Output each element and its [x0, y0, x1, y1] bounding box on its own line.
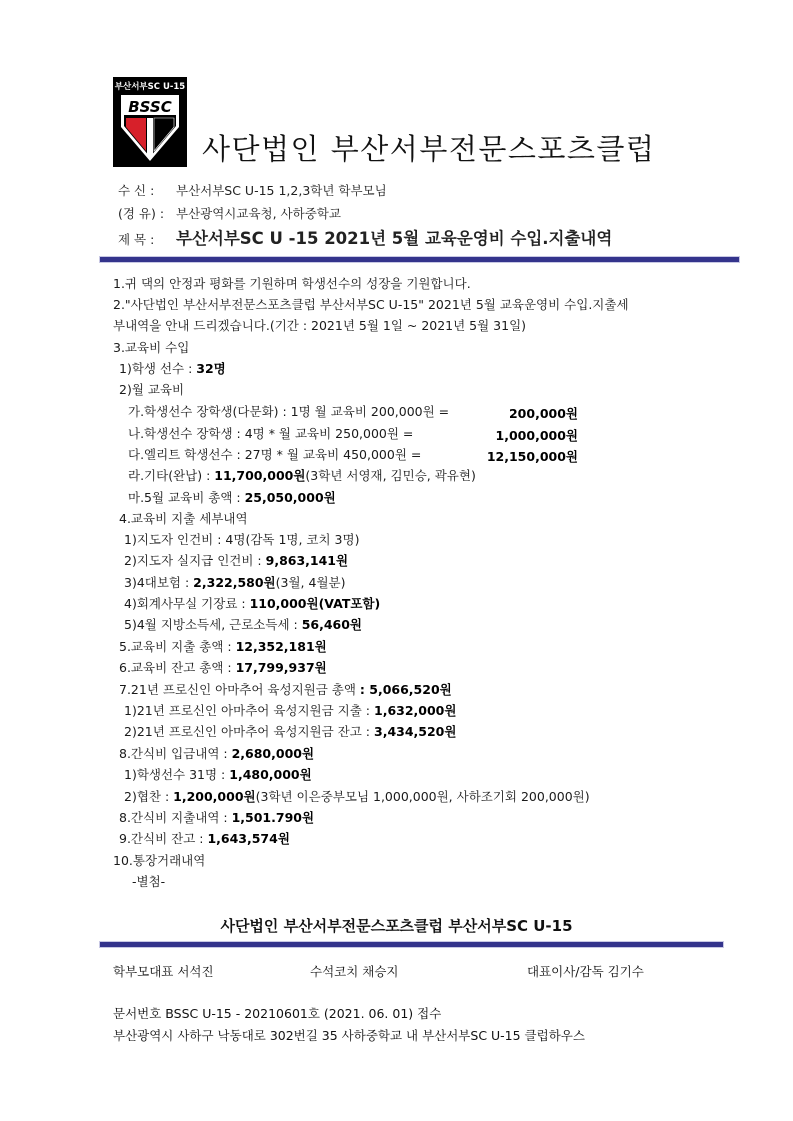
expense-total-label: 5.교육비 지출 총액 :: [119, 639, 236, 654]
fee-etc-value: 11,700,000원: [214, 468, 305, 483]
fee-row-amount: 1,000,000원: [438, 426, 578, 444]
snack-item-value: 1,200,000원: [173, 789, 255, 804]
paragraph-1: 1.귀 댁의 안정과 평화를 기원하며 학생선수의 성장을 기원합니다.: [113, 276, 471, 292]
attachment-note: -별첨-: [132, 874, 165, 890]
balance-total-value: 17,799,937원: [236, 660, 327, 675]
balance-total-line: 6.교육비 잔고 총액 : 17,799,937원: [119, 660, 327, 676]
expense-label: 3)4대보험 :: [124, 575, 193, 590]
club-logo: 부산서부SC U-15 BSSC: [113, 77, 187, 167]
subsidy-total-value: 5,066,520원: [369, 682, 451, 697]
fee-row-label: 가.학생선수 장학생(다문화) : 1명 월 교육비 200,000원 =: [128, 404, 449, 420]
snack-item-label: 1)학생선수 31명 :: [124, 767, 229, 782]
section-3-title: 3.교육비 수입: [113, 340, 189, 356]
footer-divider: [100, 942, 723, 947]
fee-total-line: 마.5월 교육비 총액 : 25,050,000원: [128, 490, 336, 506]
expense-item: 2)지도자 실지급 인건비 : 9,863,141원: [124, 553, 348, 569]
section-4-title: 4.교육비 지출 세부내역: [119, 511, 248, 527]
bssc-shield-icon: 부산서부SC U-15 BSSC: [113, 77, 187, 167]
subsidy-item: 2)21년 프로신인 아마추어 육성지원금 잔고 : 3,434,520원: [124, 724, 456, 740]
fee-row-label: 나.학생선수 장학생 : 4명 * 월 교육비 250,000원 =: [128, 426, 413, 442]
subsidy-total-label: 7.21년 프로신인 아마추어 육성지원금 총액: [119, 682, 360, 697]
expense-item: 4)회계사무실 기장료 : 110,000원(VAT포함): [124, 596, 380, 612]
snack-balance-label: 9.간식비 잔고 :: [119, 831, 207, 846]
address: 부산광역시 사하구 낙동대로 302번길 35 사하중학교 내 부산서부SC U…: [113, 1026, 585, 1044]
snack-deposit-line: 8.간식비 입금내역 : 2,680,000원: [119, 746, 314, 762]
snack-deposit-item: 2)협찬 : 1,200,000원(3학년 이은중부모님 1,000,000원,…: [124, 789, 590, 805]
signature-head-coach: 수석코치 채승지: [310, 962, 399, 980]
expense-value: 110,000원(VAT포함): [250, 596, 381, 611]
expense-label: 5)4월 지방소득세, 근로소득세 :: [124, 617, 302, 632]
student-count-label: 1)학생 선수 :: [119, 361, 196, 376]
expense-total-line: 5.교육비 지출 총액 : 12,352,181원: [119, 639, 327, 655]
svg-text:부산서부SC U-15: 부산서부SC U-15: [114, 81, 186, 92]
signature-ceo: 대표이사/감독 김기수: [527, 962, 644, 980]
snack-expense-value: 1,501.790원: [232, 810, 314, 825]
subsidy-item-value: 1,632,000원: [374, 703, 456, 718]
snack-deposit-value: 2,680,000원: [232, 746, 314, 761]
monthly-fee-title: 2)월 교육비: [119, 382, 184, 398]
snack-expense-line: 8.간식비 지출내역 : 1,501.790원: [119, 810, 314, 826]
student-count-line: 1)학생 선수 : 32명: [119, 361, 226, 377]
expense-label: 2)지도자 실지급 인건비 :: [124, 553, 266, 568]
snack-item-note: (3학년 이은중부모님 1,000,000원, 사하조기회 200,000원): [256, 789, 590, 804]
via-value: 부산광역시교육청, 사하중학교: [176, 206, 341, 221]
snack-deposit-item: 1)학생선수 31명 : 1,480,000원: [124, 767, 312, 783]
fee-etc-line: 라.기타(완납) : 11,700,000원(3학년 서영재, 김민승, 곽유현…: [128, 468, 476, 484]
expense-value: 56,460원: [302, 617, 362, 632]
recipient-line: 수 신 :부산서부SC U-15 1,2,3학년 학부모님: [118, 181, 387, 199]
expense-total-value: 12,352,181원: [236, 639, 327, 654]
fee-etc-label: 라.기타(완납) :: [128, 468, 214, 483]
expense-note: (3월, 4월분): [276, 575, 346, 590]
subject-line: 제 목 :부산서부SC U -15 2021년 5월 교육운영비 수입.지출내역: [118, 225, 612, 249]
subsidy-item-label: 1)21년 프로신인 아마추어 육성지원금 지출 :: [124, 703, 374, 718]
expense-item: 1)지도자 인건비 : 4명(감독 1명, 코치 3명): [124, 532, 359, 548]
fee-row-label: 다.엘리트 학생선수 : 27명 * 월 교육비 450,000원 =: [128, 447, 421, 463]
student-count-value: 32명: [196, 361, 225, 376]
fee-row-amount: 12,150,000원: [438, 447, 578, 465]
expense-value: 9,863,141원: [266, 553, 348, 568]
fee-row-amount: 200,000원: [438, 404, 578, 422]
header-divider: [100, 257, 739, 262]
fee-etc-note: (3학년 서영재, 김민승, 곽유현): [305, 468, 475, 483]
expense-value: 2,322,580원: [193, 575, 275, 590]
fee-total-label: 마.5월 교육비 총액 :: [128, 490, 245, 505]
subsidy-item-label: 2)21년 프로신인 아마추어 육성지원금 잔고 :: [124, 724, 374, 739]
svg-text:BSSC: BSSC: [128, 98, 172, 116]
expense-item: 5)4월 지방소득세, 근로소득세 : 56,460원: [124, 617, 362, 633]
fee-total-value: 25,050,000원: [245, 490, 336, 505]
subsidy-colon: :: [360, 682, 369, 697]
snack-expense-label: 8.간식비 지출내역 :: [119, 810, 232, 825]
snack-balance-value: 1,643,574원: [207, 831, 289, 846]
subsidy-total-line: 7.21년 프로신인 아마추어 육성지원금 총액 : 5,066,520원: [119, 682, 452, 698]
recipient-value: 부산서부SC U-15 1,2,3학년 학부모님: [176, 183, 387, 198]
expense-label: 4)회계사무실 기장료 :: [124, 596, 250, 611]
signature-parent-rep: 학부모대표 서석진: [113, 962, 214, 980]
recipient-label: 수 신 :: [118, 181, 176, 199]
via-line: (경 유) :부산광역시교육청, 사하중학교: [118, 204, 341, 222]
organization-title: 사단법인 부산서부전문스포츠클럽: [202, 127, 655, 168]
paragraph-2-line-2: 부내역을 안내 드리겠습니다.(기간 : 2021년 5월 1일 ~ 2021년…: [113, 318, 526, 334]
paragraph-2-line-1: 2."사단법인 부산서부전문스포츠클럽 부산서부SC U-15" 2021년 5…: [113, 297, 629, 313]
subject-value: 부산서부SC U -15 2021년 5월 교육운영비 수입.지출내역: [176, 229, 612, 248]
document-number: 문서번호 BSSC U-15 - 20210601호 (2021. 06. 01…: [113, 1004, 441, 1022]
subsidy-item-value: 3,434,520원: [374, 724, 456, 739]
footer-organization-title: 사단법인 부산서부전문스포츠클럽 부산서부SC U-15: [0, 915, 793, 936]
snack-item-label: 2)협찬 :: [124, 789, 173, 804]
snack-item-value: 1,480,000원: [229, 767, 311, 782]
bank-statement-title: 10.통장거래내역: [113, 853, 205, 869]
snack-deposit-label: 8.간식비 입금내역 :: [119, 746, 232, 761]
expense-item: 3)4대보험 : 2,322,580원(3월, 4월분): [124, 575, 345, 591]
via-label: (경 유) :: [118, 204, 176, 222]
subject-label: 제 목 :: [118, 230, 176, 248]
snack-balance-line: 9.간식비 잔고 : 1,643,574원: [119, 831, 290, 847]
balance-total-label: 6.교육비 잔고 총액 :: [119, 660, 236, 675]
subsidy-item: 1)21년 프로신인 아마추어 육성지원금 지출 : 1,632,000원: [124, 703, 456, 719]
